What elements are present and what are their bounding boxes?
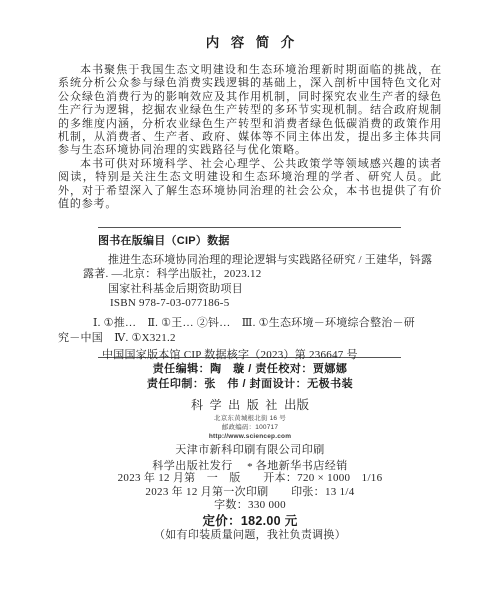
publish-suffix: 出版 — [284, 398, 309, 412]
word-count-line: 字数：330 000 — [58, 499, 442, 513]
edition-line: 2023 年 12 月第 一 版 开本：720 × 1000 1/16 — [58, 472, 442, 486]
book-copyright-page: 内容简介 本书聚焦于我国生态文明建设和生态环境治理新时期面临的挑战，在系统分析公… — [0, 0, 500, 589]
impression-line: 2023 年 12 月第一次印刷 印张：13 1/4 — [58, 486, 442, 500]
quality-notice-line: （如有印装质量问题，我社负责调换） — [58, 529, 442, 543]
asterisk-divider: * — [58, 463, 442, 472]
cip-title-line-1: 推进生态环境协同治理的理论逻辑与实践路径研究 / 王建华，钭露 — [108, 253, 458, 268]
cip-title-line-2: 露著. —北京：科学出版社，2023.12 — [83, 267, 458, 282]
cip-classification-line-2: 究－中国 Ⅳ. ①X321.2 — [58, 331, 458, 346]
cip-classification-line-1: Ⅰ. ①推… Ⅱ. ①王… ②钭… Ⅲ. ①生态环境－环境综合整治－研 — [93, 316, 458, 331]
editor-proofreader-line: 责任编辑：陶 璇 / 责任校对：贾娜娜 — [58, 362, 442, 377]
printer-designer-line: 责任印制：张 伟 / 封面设计：无极书装 — [58, 377, 442, 392]
cip-data-section: 图书在版编目（CIP）数据 推进生态环境协同治理的理论逻辑与实践路径研究 / 王… — [58, 234, 458, 363]
page-title: 内容简介 — [58, 31, 442, 51]
publisher-postcode: 邮政编码：100717 — [58, 423, 442, 432]
publisher-address: 北京东黄城根北街 16 号 — [58, 414, 442, 423]
publisher-name-line: 科学出版社出版 — [58, 398, 442, 412]
content-summary-section: 内容简介 本书聚焦于我国生态文明建设和生态环境治理新时期面临的挑战，在系统分析公… — [58, 31, 442, 211]
printing-company-line: 天津市新科印刷有限公司印刷 — [58, 444, 442, 457]
price-line: 定价：182.00 元 — [58, 513, 442, 529]
isbn-text: ISBN 978-7-03-077186-5 — [110, 296, 458, 311]
funding-project-line: 国家社科基金后期资助项目 — [108, 282, 458, 297]
edition-info-section: * 2023 年 12 月第 一 版 开本：720 × 1000 1/16 20… — [58, 463, 442, 542]
publisher-name: 科学出版社 — [191, 398, 284, 412]
staff-credits-section: 责任编辑：陶 璇 / 责任校对：贾娜娜 责任印制：张 伟 / 封面设计：无极书装 — [58, 362, 442, 392]
summary-paragraph-2: 本书可供对环境科学、社会心理学、公共政策学等领域感兴趣的读者阅读，特别是关注生态… — [58, 158, 442, 212]
publisher-website: http://www.sciencep.com — [58, 432, 442, 441]
cip-record-number: 中国国家版本馆 CIP 数据核字（2023）第 236647 号 — [102, 348, 458, 363]
summary-paragraph-1: 本书聚焦于我国生态文明建设和生态环境治理新时期面临的挑战，在系统分析公众参与绿色… — [58, 64, 442, 158]
cip-heading: 图书在版编目（CIP）数据 — [98, 234, 458, 249]
divider-top-rule — [98, 227, 401, 228]
